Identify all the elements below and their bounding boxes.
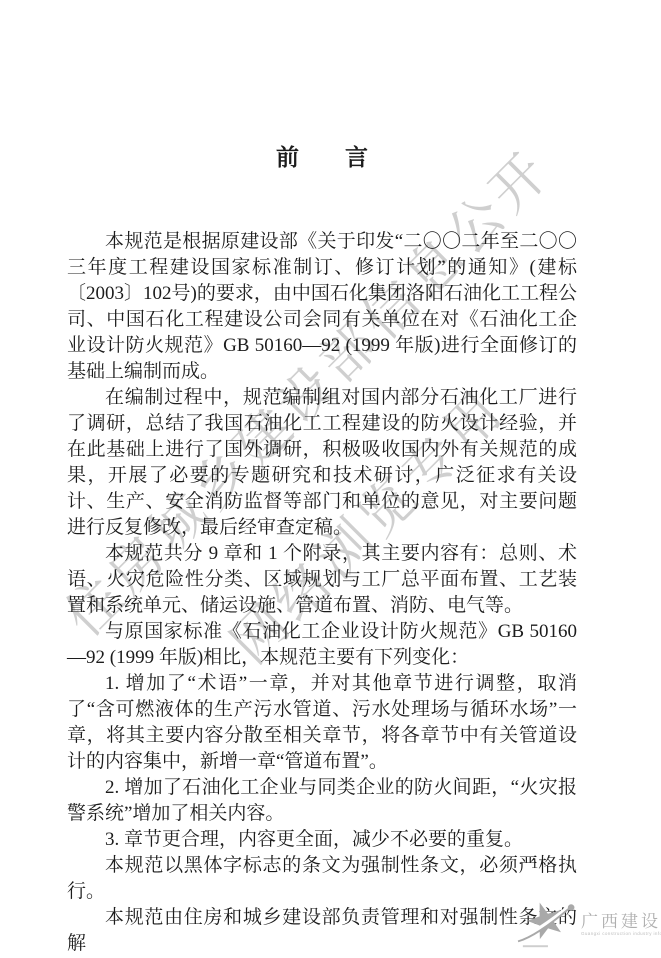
paragraph: 本规范由住房和城乡建设部负责管理和对强制性条文的解	[67, 905, 577, 957]
document-page: 住房城乡建设部信息公开 网络浏览专用 前 言 本规范是根据原建设部《关于印发“二…	[0, 0, 661, 958]
logo-name: 广西建设网	[581, 912, 661, 931]
page-title: 前 言	[67, 142, 577, 174]
paragraph: 本规范是根据原建设部《关于印发“二〇〇二年至二〇〇三年度工程建设国家标准制订、修…	[67, 229, 577, 385]
page-number: · 1 ·	[518, 856, 553, 873]
paragraph: 本规范以黑体字标志的条文为强制性条文，必须严格执行。	[67, 853, 577, 905]
document-body: 前 言 本规范是根据原建设部《关于印发“二〇〇二年至二〇〇三年度工程建设国家标准…	[67, 142, 577, 957]
logo-tagline: Guangxi construction industry informatio…	[581, 931, 661, 937]
paragraph: 本规范共分 9 章和 1 个附录，其主要内容有：总则、术语、火灾危险性分类、区域…	[67, 541, 577, 619]
footer-logo: 广西建设网 Guangxi construction industry info…	[516, 896, 661, 952]
shooting-star-icon	[516, 896, 578, 952]
paragraph: 1. 增加了“术语”一章，并对其他章节进行调整，取消了“含可燃液体的生产污水管道…	[67, 671, 577, 775]
logo-text-block: 广西建设网 Guangxi construction industry info…	[581, 912, 661, 937]
paragraph: 在编制过程中，规范编制组对国内部分石油化工厂进行了调研，总结了我国石油化工工程建…	[67, 385, 577, 541]
paragraph: 与原国家标准《石油化工企业设计防火规范》GB 50160—92 (1999 年版…	[67, 619, 577, 671]
paragraph: 2. 增加了石油化工企业与同类企业的防火间距，“火灾报警系统”增加了相关内容。	[67, 775, 577, 827]
paragraph: 3. 章节更合理，内容更全面，减少不必要的重复。	[67, 827, 577, 853]
